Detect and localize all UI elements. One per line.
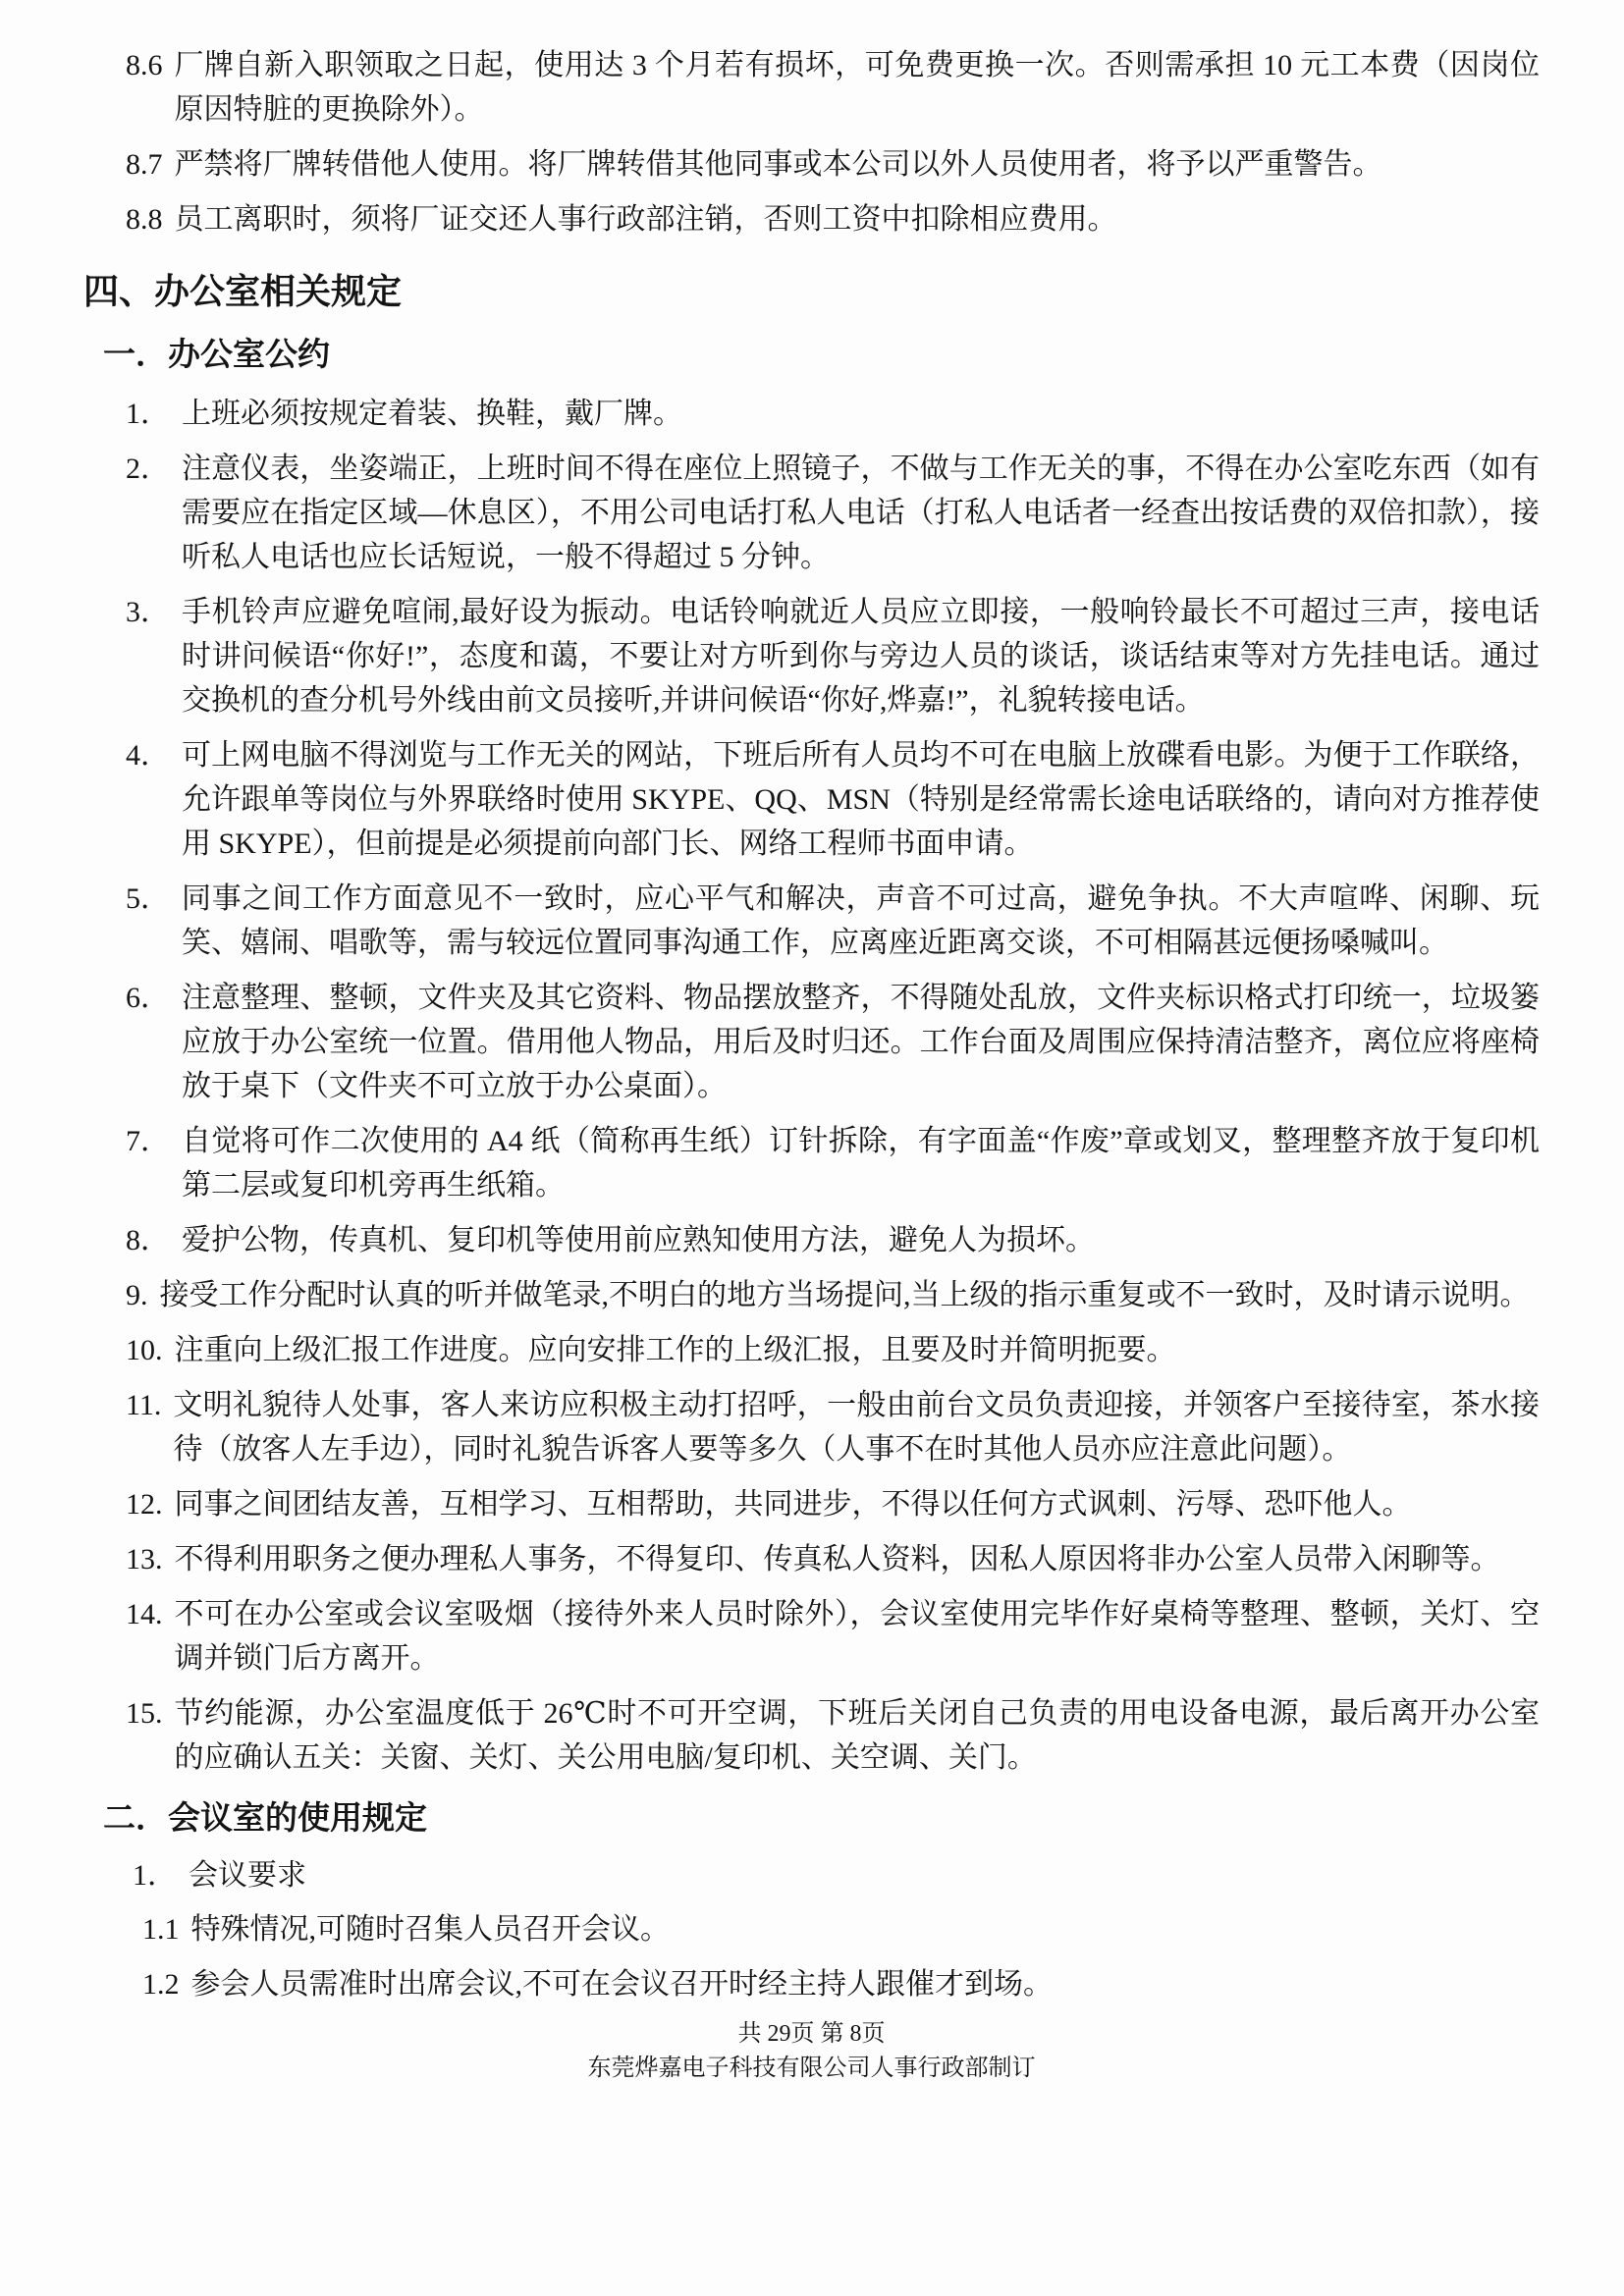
- office-rule-2: 2． 注意仪表，坐姿端正，上班时间不得在座位上照镜子，不做与工作无关的事，不得在…: [126, 447, 1540, 579]
- page-number: 共 29页 第 8页: [83, 2017, 1540, 2052]
- footer-author: 东莞烨嘉电子科技有限公司人事行政部制订: [83, 2052, 1540, 2086]
- document-page: 8.6 厂牌自新入职领取之日起，使用达 3 个月若有损坏，可免费更换一次。否则需…: [83, 43, 1540, 2086]
- item-number: 4．: [126, 733, 182, 866]
- item-number: 10.: [126, 1328, 175, 1372]
- section-heading: 四、办公室相关规定: [83, 268, 1540, 315]
- rule-item-8-8: 8.8 员工离职时，须将厂证交还人事行政部注销，否则工资中扣除相应费用。: [126, 197, 1540, 241]
- item-text: 会议要求: [189, 1853, 1540, 1897]
- office-rule-9: 9. 接受工作分配时认真的听并做笔录,不明白的地方当场提问,当上级的指示重复或不…: [126, 1273, 1540, 1317]
- office-rule-14: 14. 不可在办公室或会议室吸烟（接待外来人员时除外），会议室使用完毕作好桌椅等…: [126, 1592, 1540, 1681]
- item-number: 5．: [126, 877, 182, 965]
- meeting-requirements-heading: 1． 会议要求: [133, 1853, 1540, 1897]
- item-number: 1．: [126, 392, 182, 436]
- item-text: 接受工作分配时认真的听并做笔录,不明白的地方当场提问,当上级的指示重复或不一致时…: [160, 1273, 1541, 1317]
- item-number: 1.1: [142, 1907, 191, 1951]
- item-number: 1．: [133, 1853, 189, 1897]
- office-rule-3: 3． 手机铃声应避免喧闹,最好设为振动。电话铃响就近人员应立即接，一般响铃最长不…: [126, 590, 1540, 722]
- office-rule-12: 12. 同事之间团结友善，互相学习、互相帮助，共同进步，不得以任何方式讽刺、污辱…: [126, 1482, 1540, 1526]
- item-number: 1.2: [142, 1962, 191, 2006]
- rule-item-8-6: 8.6 厂牌自新入职领取之日起，使用达 3 个月若有损坏，可免费更换一次。否则需…: [126, 43, 1540, 132]
- subsection-heading-office-rules: 一．办公室公约: [103, 333, 1540, 376]
- office-rule-7: 7． 自觉将可作二次使用的 A4 纸（简称再生纸）订针拆除，有字面盖“作废”章或…: [126, 1119, 1540, 1207]
- item-text: 文明礼貌待人处事，客人来访应积极主动打招呼，一般由前台文员负责迎接，并领客户至接…: [173, 1383, 1540, 1471]
- item-text: 不可在办公室或会议室吸烟（接待外来人员时除外），会议室使用完毕作好桌椅等整理、整…: [175, 1592, 1541, 1681]
- item-number: 11.: [126, 1383, 173, 1471]
- office-rule-4: 4． 可上网电脑不得浏览与工作无关的网站，下班后所有人员均不可在电脑上放碟看电影…: [126, 733, 1540, 866]
- meeting-rule-1-2: 1.2 参会人员需准时出席会议,不可在会议召开时经主持人跟催才到场。: [142, 1962, 1540, 2006]
- item-number: 14.: [126, 1592, 175, 1681]
- page-footer: 共 29页 第 8页 东莞烨嘉电子科技有限公司人事行政部制订: [83, 2017, 1540, 2086]
- item-number: 3．: [126, 590, 182, 722]
- item-number: 8．: [126, 1218, 182, 1262]
- item-text: 注意仪表，坐姿端正，上班时间不得在座位上照镜子，不做与工作无关的事，不得在办公室…: [182, 447, 1540, 579]
- item-text: 厂牌自新入职领取之日起，使用达 3 个月若有损坏，可免费更换一次。否则需承担 1…: [175, 43, 1541, 132]
- item-number: 15.: [126, 1691, 175, 1780]
- item-text: 员工离职时，须将厂证交还人事行政部注销，否则工资中扣除相应费用。: [175, 197, 1541, 241]
- office-rule-13: 13. 不得利用职务之便办理私人事务，不得复印、传真私人资料，因私人原因将非办公…: [126, 1537, 1540, 1581]
- item-text: 同事之间工作方面意见不一致时，应心平气和解决，声音不可过高，避免争执。不大声喧哗…: [182, 877, 1540, 965]
- item-number: 8.6: [126, 43, 175, 132]
- meeting-rule-1-1: 1.1 特殊情况,可随时召集人员召开会议。: [142, 1907, 1540, 1951]
- office-rule-5: 5． 同事之间工作方面意见不一致时，应心平气和解决，声音不可过高，避免争执。不大…: [126, 877, 1540, 965]
- office-rule-1: 1． 上班必须按规定着装、换鞋，戴厂牌。: [126, 392, 1540, 436]
- item-text: 上班必须按规定着装、换鞋，戴厂牌。: [182, 392, 1540, 436]
- item-text: 爱护公物，传真机、复印机等使用前应熟知使用方法，避免人为损坏。: [182, 1218, 1540, 1262]
- item-text: 不得利用职务之便办理私人事务，不得复印、传真私人资料，因私人原因将非办公室人员带…: [175, 1537, 1541, 1581]
- item-text: 可上网电脑不得浏览与工作无关的网站，下班后所有人员均不可在电脑上放碟看电影。为便…: [182, 733, 1540, 866]
- item-number: 12.: [126, 1482, 175, 1526]
- item-text: 注重向上级汇报工作进度。应向安排工作的上级汇报，且要及时并简明扼要。: [175, 1328, 1541, 1372]
- office-rule-11: 11. 文明礼貌待人处事，客人来访应积极主动打招呼，一般由前台文员负责迎接，并领…: [126, 1383, 1540, 1471]
- office-rule-15: 15. 节约能源，办公室温度低于 26℃时不可开空调，下班后关闭自己负责的用电设…: [126, 1691, 1540, 1780]
- rule-item-8-7: 8.7 严禁将厂牌转借他人使用。将厂牌转借其他同事或本公司以外人员使用者，将予以…: [126, 142, 1540, 187]
- item-number: 2．: [126, 447, 182, 579]
- item-number: 6．: [126, 976, 182, 1108]
- office-rule-6: 6． 注意整理、整顿，文件夹及其它资料、物品摆放整齐，不得随处乱放，文件夹标识格…: [126, 976, 1540, 1108]
- item-text: 手机铃声应避免喧闹,最好设为振动。电话铃响就近人员应立即接，一般响铃最长不可超过…: [182, 590, 1540, 722]
- item-text: 注意整理、整顿，文件夹及其它资料、物品摆放整齐，不得随处乱放，文件夹标识格式打印…: [182, 976, 1540, 1108]
- item-text: 节约能源，办公室温度低于 26℃时不可开空调，下班后关闭自己负责的用电设备电源，…: [175, 1691, 1541, 1780]
- item-number: 8.7: [126, 142, 175, 187]
- item-text: 参会人员需准时出席会议,不可在会议召开时经主持人跟催才到场。: [191, 1962, 1541, 2006]
- subsection-heading-meeting-room: 二．会议室的使用规定: [103, 1796, 1540, 1840]
- item-text: 自觉将可作二次使用的 A4 纸（简称再生纸）订针拆除，有字面盖“作废”章或划叉，…: [182, 1119, 1540, 1207]
- item-number: 7．: [126, 1119, 182, 1207]
- item-number: 8.8: [126, 197, 175, 241]
- item-number: 13.: [126, 1537, 175, 1581]
- item-text: 同事之间团结友善，互相学习、互相帮助，共同进步，不得以任何方式讽刺、污辱、恐吓他…: [175, 1482, 1541, 1526]
- item-number: 9.: [126, 1273, 160, 1317]
- item-text: 特殊情况,可随时召集人员召开会议。: [191, 1907, 1541, 1951]
- item-text: 严禁将厂牌转借他人使用。将厂牌转借其他同事或本公司以外人员使用者，将予以严重警告…: [175, 142, 1541, 187]
- office-rule-8: 8． 爱护公物，传真机、复印机等使用前应熟知使用方法，避免人为损坏。: [126, 1218, 1540, 1262]
- office-rule-10: 10. 注重向上级汇报工作进度。应向安排工作的上级汇报，且要及时并简明扼要。: [126, 1328, 1540, 1372]
